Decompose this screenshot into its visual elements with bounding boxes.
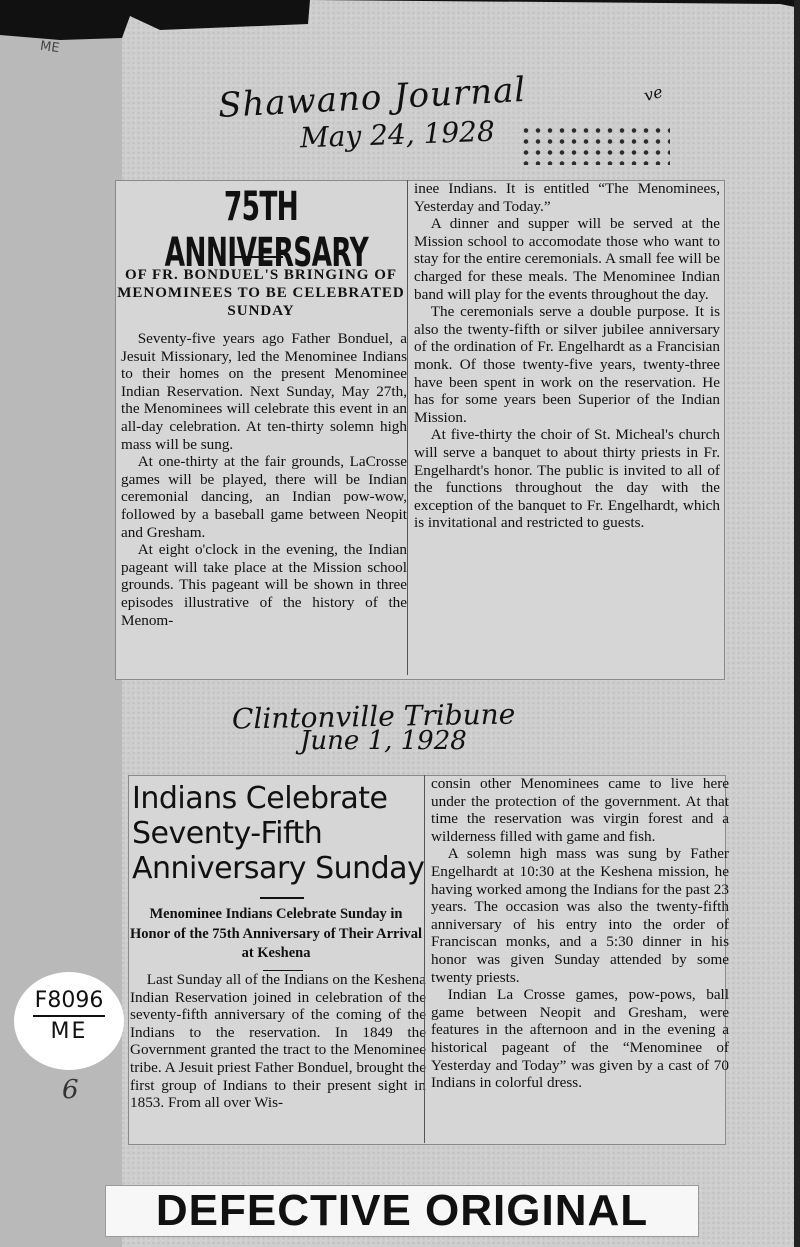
headline-rule	[233, 256, 283, 258]
clipping-clintonville-tribune: Indians Celebrate Seventy-Fifth Annivers…	[128, 775, 726, 1145]
perforation-stamp-text: WHSL	[520, 125, 670, 165]
clipping2-subheadline: Menominee Indians Celebrate Sunday in Ho…	[128, 905, 424, 964]
catalog-code: ME	[14, 1019, 124, 1044]
defective-original-stamp: DEFECTIVE ORIGINAL	[105, 1185, 699, 1237]
clipping2-column-1: Last Sunday all of the Indians on the Ke…	[130, 971, 426, 1112]
paragraph: At eight o'clock in the evening, the Ind…	[121, 541, 407, 629]
catalog-label: F8096 ME	[14, 972, 124, 1070]
paragraph: At five-thirty the choir of St. Micheal'…	[414, 426, 720, 532]
clipping1-headline: 75TH ANNIVERSARY	[165, 184, 358, 276]
right-edge	[794, 0, 800, 1247]
paragraph: inee Indians. It is entitled “The Menomi…	[414, 180, 720, 215]
clipping-shawano-journal: 75TH ANNIVERSARY OF FR. BONDUEL'S BRINGI…	[115, 180, 725, 680]
clipping1-subheadline: OF FR. BONDUEL'S BRINGING OF MENOMINEES …	[115, 266, 407, 320]
paragraph: A dinner and supper will be served at th…	[414, 215, 720, 303]
clipping1-column-1: Seventy-five years ago Father Bonduel, a…	[121, 330, 407, 629]
paragraph: Seventy-five years ago Father Bonduel, a…	[121, 330, 407, 453]
handwritten-date-2: June 1, 1928	[300, 726, 467, 756]
paragraph: A solemn high mass was sung by Father En…	[431, 845, 729, 986]
paragraph: At one-thirty at the fair grounds, LaCro…	[121, 453, 407, 541]
paragraph: Last Sunday all of the Indians on the Ke…	[130, 971, 426, 1112]
catalog-number: F8096	[33, 988, 105, 1017]
clipping1-column-2: inee Indians. It is entitled “The Menomi…	[407, 180, 720, 675]
paragraph: The ceremonials serve a double purpose. …	[414, 303, 720, 426]
handwritten-date-1: May 24, 1928	[299, 115, 495, 155]
headline-rule	[260, 897, 304, 899]
clipping2-headline: Indians Celebrate Seventy-Fifth Annivers…	[128, 781, 428, 886]
paragraph: Indian La Crosse games, pow-pows, ball g…	[431, 986, 729, 1092]
clipping2-column-2: consin other Menominees came to live her…	[424, 775, 729, 1143]
catalog-mark: 6	[62, 1075, 79, 1105]
paragraph: consin other Menominees came to live her…	[431, 775, 729, 845]
margin-scribble: ME	[39, 39, 60, 57]
